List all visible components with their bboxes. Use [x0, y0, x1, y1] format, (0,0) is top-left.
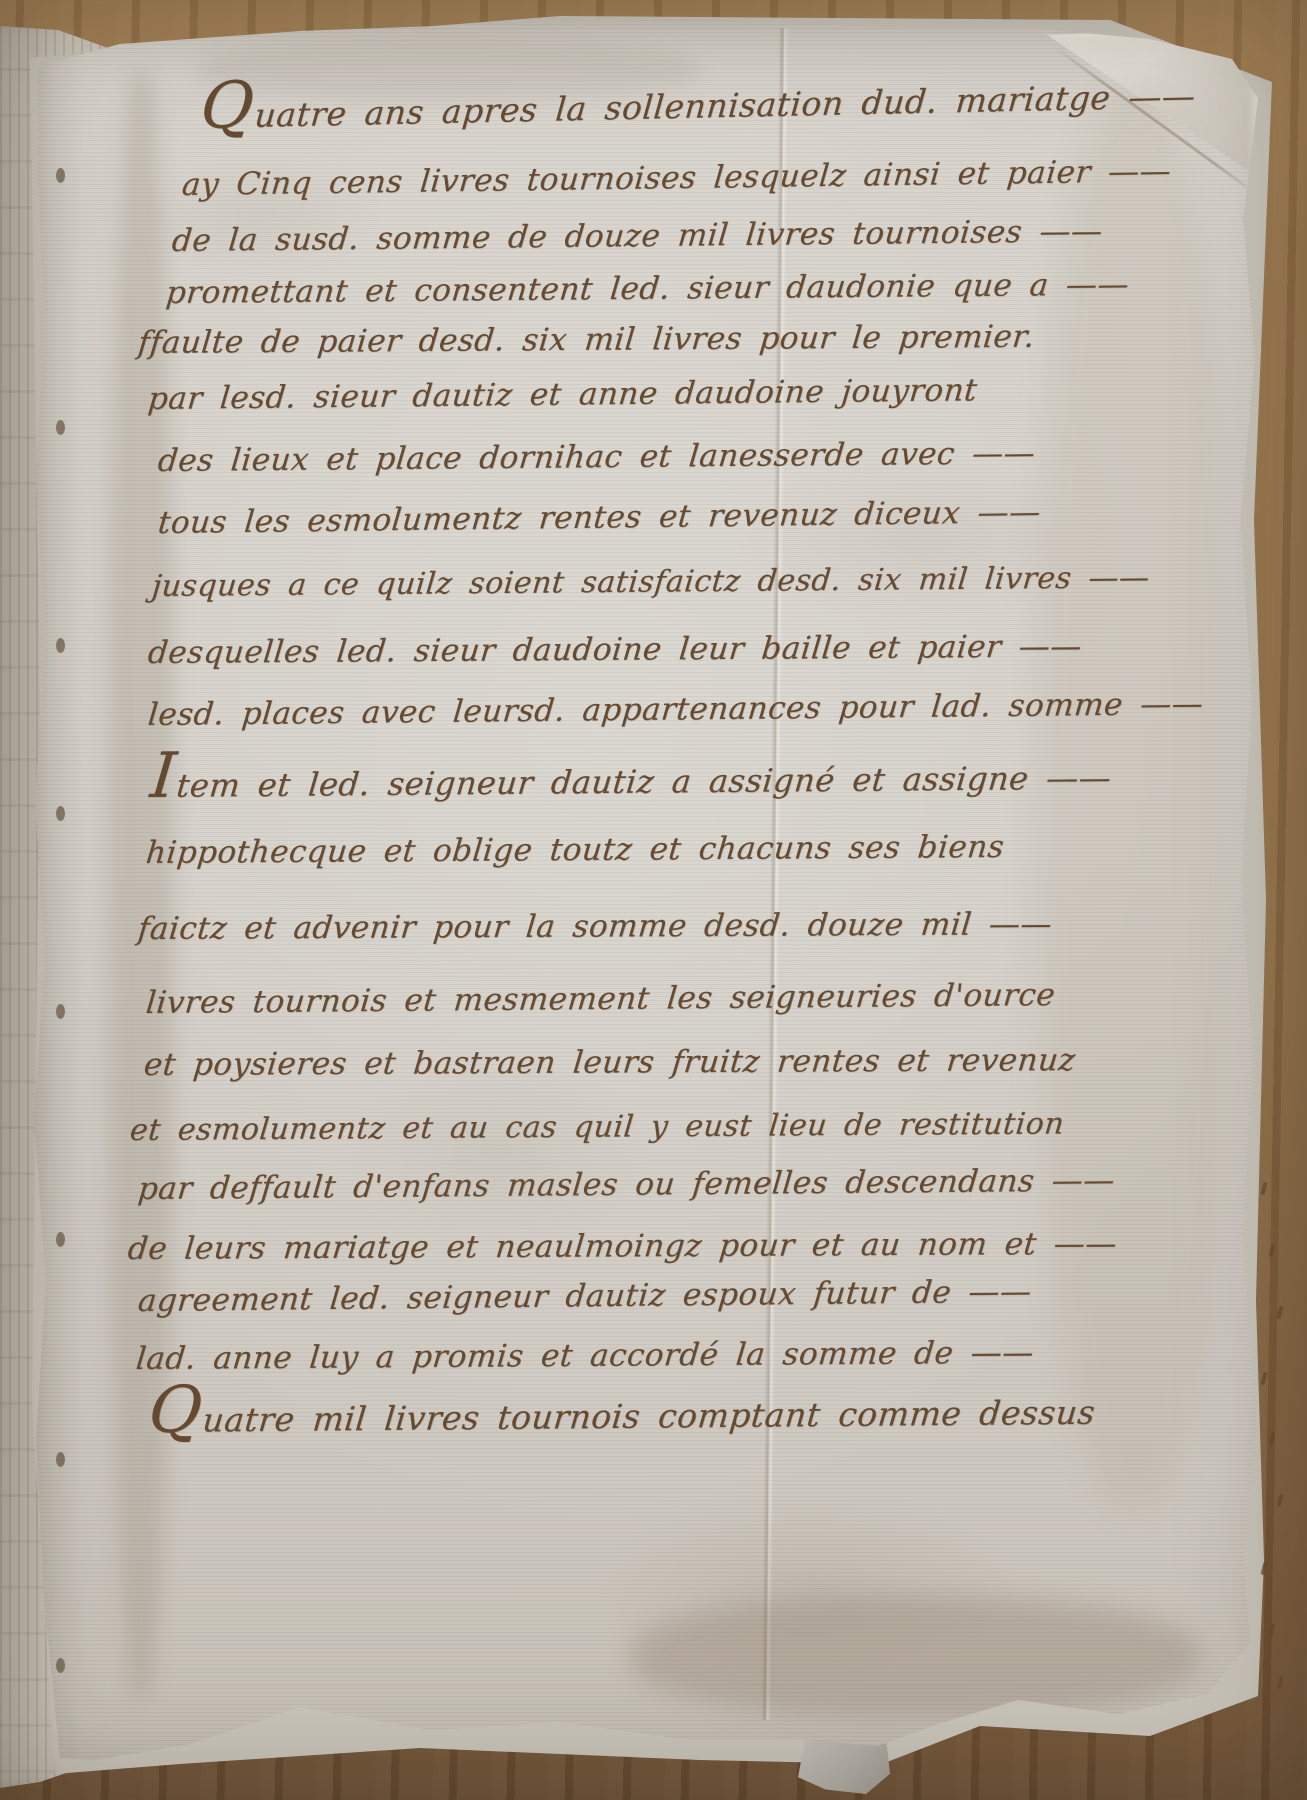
binding-stitch [56, 806, 65, 821]
manuscript-line-3: de la susd. somme de douze mil livres to… [171, 216, 1104, 257]
handwritten-text-layer: Quatre ans apres la sollennisation dud. … [0, 0, 1307, 1800]
manuscript-line-19: de leurs mariatge et neaulmoingz pour et… [126, 1229, 1118, 1265]
binding-stitch [56, 1658, 65, 1673]
binding-stitch [56, 1232, 65, 1247]
center-vertical-crease [761, 28, 789, 1720]
paper-stain-right [1035, 90, 1235, 1510]
manuscript-line-14: faictz et advenir pour la somme desd. do… [136, 909, 1053, 945]
manuscript-line-18: par deffault d'enfans masles ou femelles… [137, 1165, 1117, 1205]
manuscript-line-5: ffaulte de paier desd. six mil livres po… [136, 322, 1036, 359]
manuscript-line-9: jusques a ce quilz soient satisfaictz de… [151, 563, 1151, 602]
manuscript-line-4: promettant et consentent led. sieur daud… [165, 270, 1131, 309]
manuscript-line-7: des lieux et place dornihac et lanesserd… [157, 438, 1037, 477]
paper-stain-bottom [630, 1596, 1200, 1716]
manuscript-line-2: ay Cinq cens livres tournoises lesquelz … [181, 156, 1173, 201]
manuscript-page: Quatre ans apres la sollennisation dud. … [0, 0, 1307, 1800]
manuscript-line-11: lesd. places avec leursd. appartenances … [147, 689, 1205, 731]
manuscript-line-10: desquelles led. sieur daudoine leur bail… [146, 631, 1083, 669]
paper-stain-gutter [108, 70, 174, 1700]
photo-canvas: { "document": { "kind": "handwritten-man… [0, 0, 1307, 1800]
manuscript-line-15: livres tournois et mesmement les seigneu… [145, 980, 1057, 1019]
manuscript-line-16: et poysieres et bastraen leurs fruitz re… [142, 1045, 1076, 1081]
manuscript-line-6: par lesd. sieur dautiz et anne daudoine … [147, 375, 979, 415]
manuscript-line-8: tous les esmolumentz rentes et revenuz d… [157, 497, 1043, 539]
manuscript-line-20: agreement led. seigneur dautiz espoux fu… [137, 1277, 1034, 1317]
manuscript-line-13: hippothecque et oblige toutz et chacuns … [144, 832, 1005, 869]
paper-stain-top [200, 40, 700, 100]
manuscript-line-1: Quatre ans apres la sollennisation dud. … [199, 79, 1197, 133]
manuscript-line-22: Quatre mil livres tournois comptant comm… [146, 1396, 1096, 1437]
binding-stitch [56, 420, 65, 435]
binding-stitch [56, 1004, 65, 1019]
corner-fold-crease [1051, 44, 1257, 195]
manuscript-line-12: Item et led. seigneur dautiz a assigné e… [148, 762, 1112, 802]
binding-stitch [56, 168, 65, 183]
manuscript-line-21: lad. anne luy a promis et accordé la som… [134, 1338, 1035, 1375]
binding-stitch [56, 1452, 65, 1467]
binding-stitch [56, 638, 65, 653]
manuscript-line-17: et esmolumentz et au cas quil y eust lie… [129, 1109, 1066, 1146]
